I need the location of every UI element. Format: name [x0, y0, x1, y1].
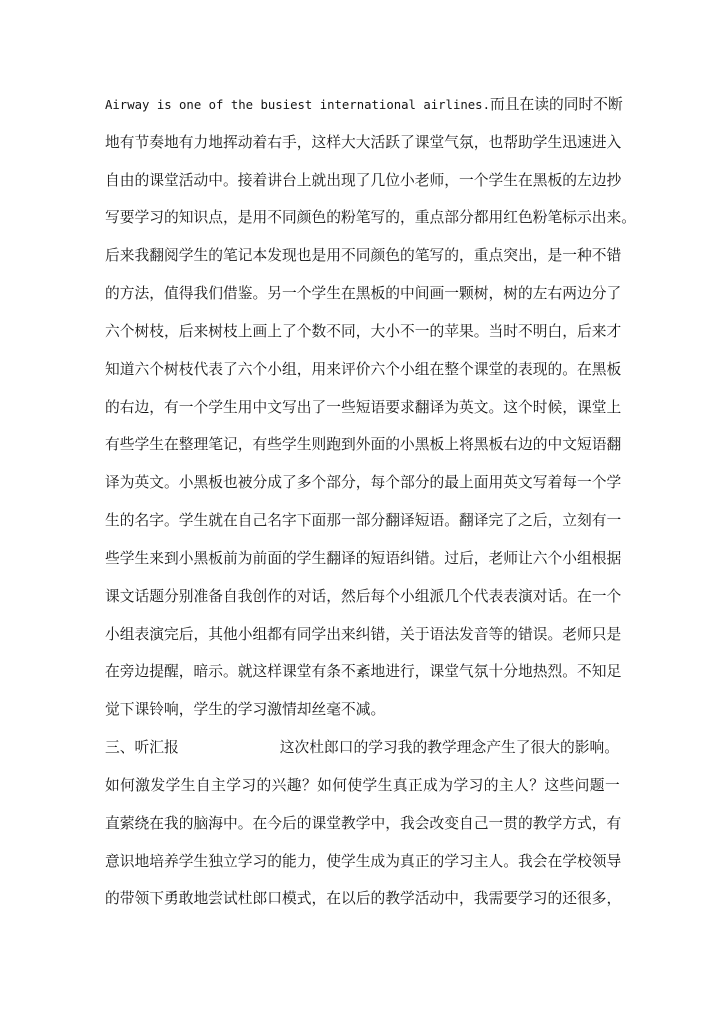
- text-line: 意识地培养学生独立学习的能力，使学生成为真正的学习主人。我会在学校领导: [105, 844, 621, 882]
- text-line: 的带领下勇敢地尝试杜郎口模式，在以后的教学活动中，我需要学习的还很多，: [105, 881, 621, 919]
- text-line: 知道六个树枝代表了六个小组，用来评价六个小组在整个课堂的表现的。在黑板: [105, 352, 621, 390]
- document-page: Airway is one of the busiest internation…: [0, 0, 721, 1020]
- heading-gap-spacer: [179, 751, 280, 752]
- text-line: 译为英文。小黑板也被分成了多个部分，每个部分的最上面用英文写着每一个学: [105, 465, 621, 503]
- text-line: 有些学生在整理笔记，有些学生则跑到外面的小黑板上将黑板右边的中文短语翻: [105, 427, 621, 465]
- section-heading-line: 三、听汇报这次杜郎口的学习我的教学理念产生了很大的影响。: [105, 730, 621, 768]
- text-line: 自由的课堂活动中。接着讲台上就出现了几位小老师，一个学生在黑板的左边抄: [105, 163, 621, 201]
- paragraph-end-line: 觉下课铃响，学生的学习激情却丝毫不减。: [105, 692, 621, 730]
- section-heading: 三、听汇报: [105, 740, 179, 756]
- text-line: 六个树枝，后来树枝上画上了个数不同，大小不一的苹果。当时不明白，后来才: [105, 314, 621, 352]
- text-line: 小组表演完后，其他小组都有同学出来纠错，关于语法发音等的错误。老师只是: [105, 617, 621, 655]
- text-line: 的方法，值得我们借鉴。另一个学生在黑板的中间画一颗树，树的左右两边分了: [105, 276, 621, 314]
- text-line: 些学生来到小黑板前为前面的学生翻译的短语纠错。过后，老师让六个小组根据: [105, 541, 621, 579]
- text-line: 生的名字。学生就在自己名字下面那一部分翻译短语。翻译完了之后，立刻有一: [105, 503, 621, 541]
- text-line: 直萦绕在我的脑海中。在今后的课堂教学中，我会改变自己一贯的教学方式，有: [105, 806, 621, 844]
- text-line: 写要学习的知识点，是用不同颜色的粉笔写的，重点部分都用红色粉笔标示出来。: [105, 200, 621, 238]
- text-line: Airway is one of the busiest internation…: [105, 87, 621, 125]
- document-text-block: Airway is one of the busiest internation…: [105, 87, 621, 919]
- text-line: 的右边，有一个学生用中文写出了一些短语要求翻译为英文。这个时候，课堂上: [105, 390, 621, 428]
- text-line-chinese: 而且在读的同时不断: [490, 97, 623, 113]
- text-line: 在旁边提醒，暗示。就这样课堂有条不紊地进行，课堂气氛十分地热烈。不知足: [105, 654, 621, 692]
- text-line-after-heading: 这次杜郎口的学习我的教学理念产生了很大的影响。: [280, 740, 619, 756]
- text-line: 地有节奏地有力地挥动着右手，这样大大活跃了课堂气氛，也帮助学生迅速进入: [105, 125, 621, 163]
- text-line: 后来我翻阅学生的笔记本发现也是用不同颜色的笔写的，重点突出，是一种不错: [105, 238, 621, 276]
- text-line: 课文话题分别准备自我创作的对话，然后每个小组派几个代表表演对话。在一个: [105, 579, 621, 617]
- text-line: 如何激发学生自主学习的兴趣？如何使学生真正成为学习的主人？这些问题一: [105, 768, 621, 806]
- english-sentence: Airway is one of the busiest internation…: [105, 98, 490, 112]
